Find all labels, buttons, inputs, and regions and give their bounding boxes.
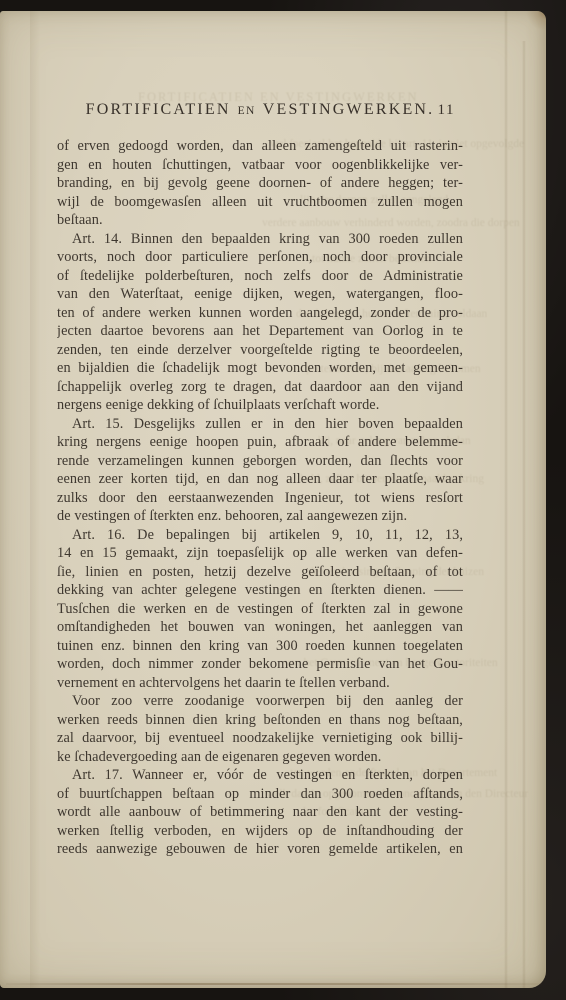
text-line: Art. 15. Desgelijks zullen er in den hie…: [57, 415, 463, 434]
text-line: de vestingen of ſterkten enz. behooren, …: [57, 507, 463, 526]
paragraph: Art. 14. Binnen den bepaalden kring van …: [57, 230, 463, 415]
title-word-2: VESTINGWERKEN.: [263, 101, 435, 118]
text-line: Voor zoo verre zoodanige voorwerpen bij …: [57, 692, 463, 711]
text-line: Art. 14. Binnen den bepaalden kring van …: [57, 230, 463, 249]
paragraph: of erven gedoogd worden, dan alleen zame…: [57, 137, 463, 230]
text-line: 14 en 15 gemaakt, zijn toepasſelijk op a…: [57, 544, 463, 563]
text-line: kring nergens eenige hoopen puin, afbraa…: [57, 433, 463, 452]
running-header: FORTIFICATIENENVESTINGWERKEN. 11: [57, 101, 463, 121]
text-line: wijl de boomgewasſen alleen uit vruchtbo…: [57, 193, 463, 212]
text-line: of ſtedelijke polderbeſturen, noch zelfs…: [57, 267, 463, 286]
text-line: of buurtſchappen beſtaan op minder dan 3…: [57, 785, 463, 804]
text-line: zulks door den eerstaanwezenden Ingenieu…: [57, 489, 463, 508]
paragraph: Voor zoo verre zoodanige voorwerpen bij …: [57, 692, 463, 766]
text-line: werken ſtellig verboden, en wijders op d…: [57, 822, 463, 841]
text-line: ten of andere werken kunnen worden aange…: [57, 304, 463, 323]
text-line: werken reeds binnen dien kring beſtonden…: [57, 711, 463, 730]
text-line: zal daarvoor, bij eventueel noodzakelijk…: [57, 729, 463, 748]
book-page: FORTIFICATIEN EN VESTINGWERKENwel ſpecia…: [0, 11, 546, 988]
text-line: dekking van achter gelegene vestingen en…: [57, 581, 463, 600]
text-line: zenden, ten einde derzelver voorgeſtelde…: [57, 341, 463, 360]
text-line: vernement en achtervolgens het daarin te…: [57, 674, 463, 693]
paragraph: Art. 16. De bepalingen bij artikelen 9, …: [57, 526, 463, 693]
page-crease: [522, 41, 526, 988]
paragraph: Art. 15. Desgelijks zullen er in den hie…: [57, 415, 463, 526]
text-line: worden, doch nimmer zonder bekomene perm…: [57, 655, 463, 674]
text-line: rende verzamelingen kunnen geborgen word…: [57, 452, 463, 471]
text-line: jecten daartoe bevorens aan het Departem…: [57, 322, 463, 341]
text-line: Tusſchen die werken en de vestingen of ſ…: [57, 600, 463, 619]
text-line: ſie, linien en posten, hetzij dezelve ge…: [57, 563, 463, 582]
text-line: branding, en bij gevolg geene doornen- o…: [57, 174, 463, 193]
paragraph: Art. 17. Wanneer er, vóór de vestingen e…: [57, 766, 463, 859]
page-title: FORTIFICATIENENVESTINGWERKEN.: [57, 101, 463, 119]
text-line: of erven gedoogd worden, dan alleen zame…: [57, 137, 463, 156]
text-line: Art. 16. De bepalingen bij artikelen 9, …: [57, 526, 463, 545]
text-line: en bijaldien die ſchadelijk mogt bevonde…: [57, 359, 463, 378]
text-line: beſtaan.: [57, 211, 463, 230]
text-line: gen en houten ſchuttingen, vatbaar voor …: [57, 156, 463, 175]
page-number: 11: [438, 102, 455, 119]
title-word-1: FORTIFICATIEN: [86, 101, 231, 118]
text-line: ke ſchadevergoeding aan de eigenaren geg…: [57, 748, 463, 767]
page-crease: [30, 11, 40, 988]
text-line: Art. 17. Wanneer er, vóór de vestingen e…: [57, 766, 463, 785]
title-connector: EN: [238, 105, 256, 117]
body-text: of erven gedoogd worden, dan alleen zame…: [57, 137, 463, 859]
text-line: reeds aanwezige gebouwen de hier voren g…: [57, 840, 463, 859]
page-crease: [504, 11, 508, 988]
text-line: van den Waterſtaat, eenige dijken, wegen…: [57, 285, 463, 304]
text-line: wordt alle aanbouw of betimmering naar d…: [57, 803, 463, 822]
text-line: voorts, noch door particuliere perſonen,…: [57, 248, 463, 267]
text-line: omſtandigheden het bouwen van woningen, …: [57, 618, 463, 637]
scanned-book-photo: FORTIFICATIEN EN VESTINGWERKENwel ſpecia…: [0, 0, 566, 1000]
text-line: ſchappelijk overleg zorg te dragen, dat …: [57, 378, 463, 397]
text-line: tuinen enz. binnen den kring van 300 roe…: [57, 637, 463, 656]
text-line: nergens eenige dekking of ſchuilplaats v…: [57, 396, 463, 415]
text-line: eenen zeer korten tijd, en dan nog allee…: [57, 470, 463, 489]
